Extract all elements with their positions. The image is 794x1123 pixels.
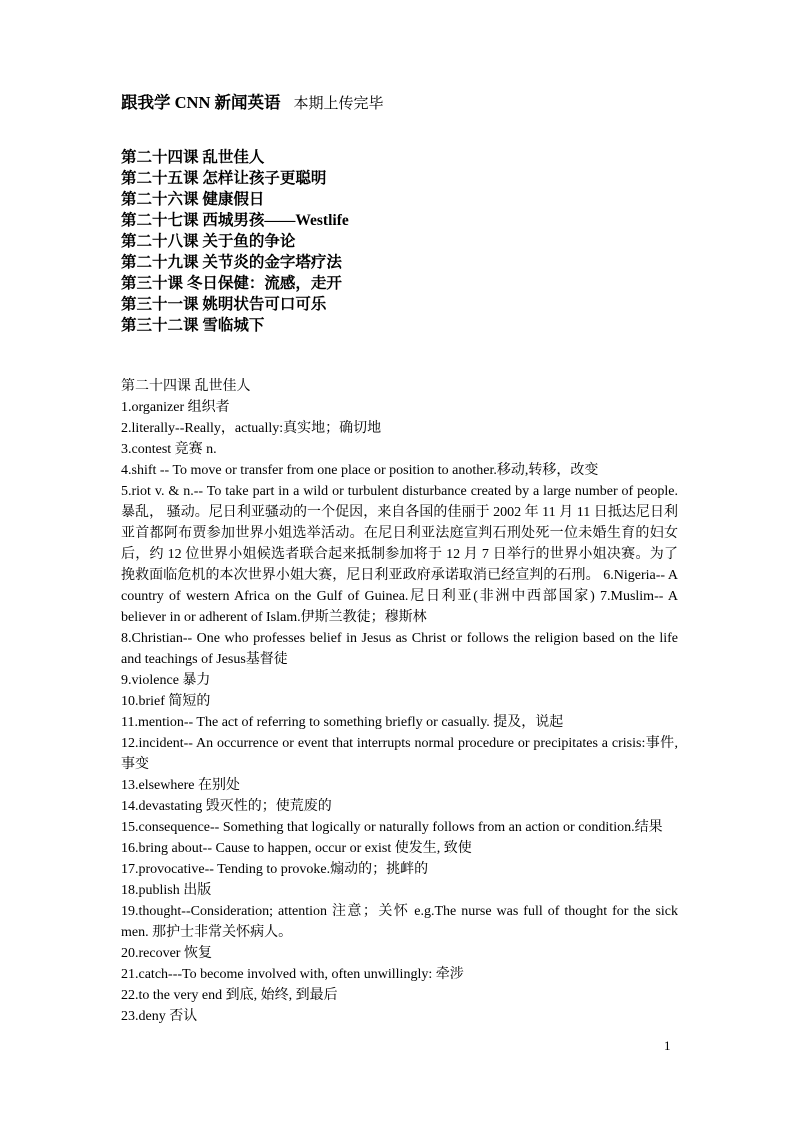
lesson-list: 第二十四课 乱世佳人第二十五课 怎样让孩子更聪明第二十六课 健康假日第二十七课 … — [121, 147, 678, 336]
vocabulary-entry: 3.contest 竞赛 n. — [121, 439, 678, 460]
vocabulary-entry: 8.Christian-- One who professes belief i… — [121, 628, 678, 670]
lesson-list-item: 第二十六课 健康假日 — [121, 189, 678, 210]
vocabulary-entry: 13.elsewhere 在别处 — [121, 775, 678, 796]
vocabulary-entry: 20.recover 恢复 — [121, 943, 678, 964]
vocabulary-entry: 14.devastating 毁灭性的；使荒废的 — [121, 796, 678, 817]
document-content: 跟我学 CNN 新闻英语本期上传完毕 第二十四课 乱世佳人第二十五课 怎样让孩子… — [121, 92, 678, 1027]
vocabulary-entry: 5.riot v. & n.-- To take part in a wild … — [121, 481, 678, 628]
vocabulary-entry: 4.shift -- To move or transfer from one … — [121, 460, 678, 481]
vocabulary-entry: 9.violence 暴力 — [121, 670, 678, 691]
lesson-list-item: 第三十一课 姚明状告可口可乐 — [121, 294, 678, 315]
vocabulary-entry: 1.organizer 组织者 — [121, 397, 678, 418]
vocabulary-entry: 19.thought--Consideration; attention 注意；… — [121, 901, 678, 943]
lesson-list-item: 第二十九课 关节炎的金字塔疗法 — [121, 252, 678, 273]
lesson-list-item: 第三十课 冬日保健：流感，走开 — [121, 273, 678, 294]
page-number: 1 — [664, 1038, 671, 1054]
lesson-list-item: 第三十二课 雪临城下 — [121, 315, 678, 336]
lesson-list-item: 第二十八课 关于鱼的争论 — [121, 231, 678, 252]
vocabulary-entry: 17.provocative-- Tending to provoke.煽动的；… — [121, 859, 678, 880]
lesson-list-item: 第二十五课 怎样让孩子更聪明 — [121, 168, 678, 189]
section-heading: 第二十四课 乱世佳人 — [121, 376, 678, 397]
vocabulary-entry: 18.publish 出版 — [121, 880, 678, 901]
vocabulary-entry: 22.to the very end 到底, 始终, 到最后 — [121, 985, 678, 1006]
document-title-suffix: 本期上传完毕 — [294, 96, 384, 112]
vocabulary-list: 1.organizer 组织者2.literally--Really，actua… — [121, 397, 678, 1027]
document-title: 跟我学 CNN 新闻英语本期上传完毕 — [121, 92, 678, 115]
lesson-list-item: 第二十七课 西城男孩——Westlife — [121, 210, 678, 231]
vocabulary-entry: 2.literally--Really，actually:真实地；确切地 — [121, 418, 678, 439]
vocabulary-entry: 16.bring about-- Cause to happen, occur … — [121, 838, 678, 859]
vocabulary-entry: 11.mention-- The act of referring to som… — [121, 712, 678, 733]
document-page: 跟我学 CNN 新闻英语本期上传完毕 第二十四课 乱世佳人第二十五课 怎样让孩子… — [0, 0, 794, 1123]
vocabulary-entry: 21.catch---To become involved with, ofte… — [121, 964, 678, 985]
vocabulary-entry: 12.incident-- An occurrence or event tha… — [121, 733, 678, 775]
vocabulary-entry: 10.brief 简短的 — [121, 691, 678, 712]
document-title-main: 跟我学 CNN 新闻英语 — [121, 93, 281, 112]
vocabulary-entry: 15.consequence-- Something that logicall… — [121, 817, 678, 838]
vocabulary-entry: 23.deny 否认 — [121, 1006, 678, 1027]
lesson-list-item: 第二十四课 乱世佳人 — [121, 147, 678, 168]
